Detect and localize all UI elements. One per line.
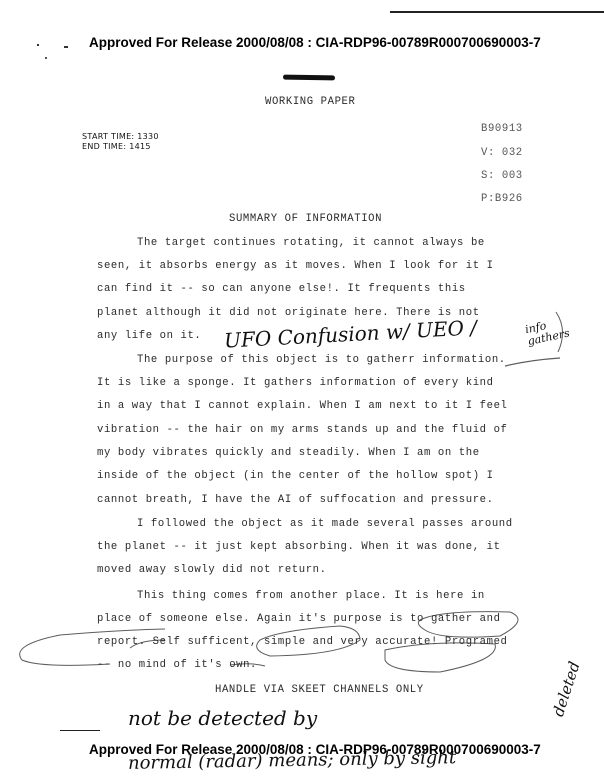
body-line: vibration -- the hair on my arms stands … (97, 424, 507, 436)
margin-note-gathers: info gathers (524, 312, 588, 348)
body-line: my body vibrates quickly and steadily. W… (97, 447, 480, 459)
p-code: P:B926 (481, 193, 523, 205)
body-line: seen, it absorbs energy as it moves. Whe… (97, 260, 494, 272)
margin-note-ufo: UFO Confusion w/ UEO / (224, 315, 478, 352)
handling-caveat: HANDLE VIA SKEET CHANNELS ONLY (215, 684, 424, 696)
start-time-value: 1330 (137, 132, 159, 141)
body-line: place of someone else. Again it's purpos… (97, 613, 501, 625)
body-line: moved away slowly did not return. (97, 564, 327, 576)
summary-heading: SUMMARY OF INFORMATION (229, 213, 382, 225)
scan-speck (64, 46, 68, 48)
s-code: S: 003 (481, 170, 523, 182)
release-stamp-footer: Approved For Release 2000/08/08 : CIA-RD… (89, 742, 541, 757)
bottom-note-line-1: not be detected by (128, 706, 317, 730)
v-code: V: 032 (481, 147, 523, 159)
scan-speck (45, 57, 47, 59)
release-stamp-header: Approved For Release 2000/08/08 : CIA-RD… (89, 35, 541, 50)
body-line: any life on it. (97, 330, 201, 342)
end-time-value: 1415 (129, 142, 151, 151)
body-line: report. Self sufficent, simple and very … (97, 636, 507, 648)
pen-strokes (0, 0, 604, 781)
body-line: -- no mind of it's own. (97, 659, 257, 671)
end-time-label: END TIME: (82, 142, 126, 151)
body-line: cannot breath, I have the AI of suffocat… (97, 494, 494, 506)
date-code: B90913 (481, 123, 523, 135)
top-rule (390, 11, 604, 13)
body-line: The purpose of this object is to gatherr… (137, 354, 506, 366)
end-time: END TIME: 1415 (82, 142, 159, 151)
body-line: inside of the object (in the center of t… (97, 470, 494, 482)
body-line: I followed the object as it made several… (137, 518, 513, 530)
body-line: in a way that I cannot explain. When I a… (97, 400, 507, 412)
redacted-classification (283, 75, 335, 81)
start-time: START TIME: 1330 (82, 132, 159, 141)
body-line: The target continues rotating, it cannot… (137, 237, 485, 249)
body-line: It is like a sponge. It gathers informat… (97, 377, 494, 389)
body-line: can find it -- so can anyone else!. It f… (97, 283, 466, 295)
scan-speck (37, 44, 39, 46)
side-initials: deleted (549, 659, 584, 718)
body-line: This thing comes from another place. It … (137, 590, 485, 602)
bottom-dash (60, 730, 100, 731)
start-time-label: START TIME: (82, 132, 134, 141)
body-line: the planet -- it just kept absorbing. Wh… (97, 541, 501, 553)
document-title: WORKING PAPER (265, 96, 355, 108)
session-times: START TIME: 1330 END TIME: 1415 (82, 132, 159, 151)
